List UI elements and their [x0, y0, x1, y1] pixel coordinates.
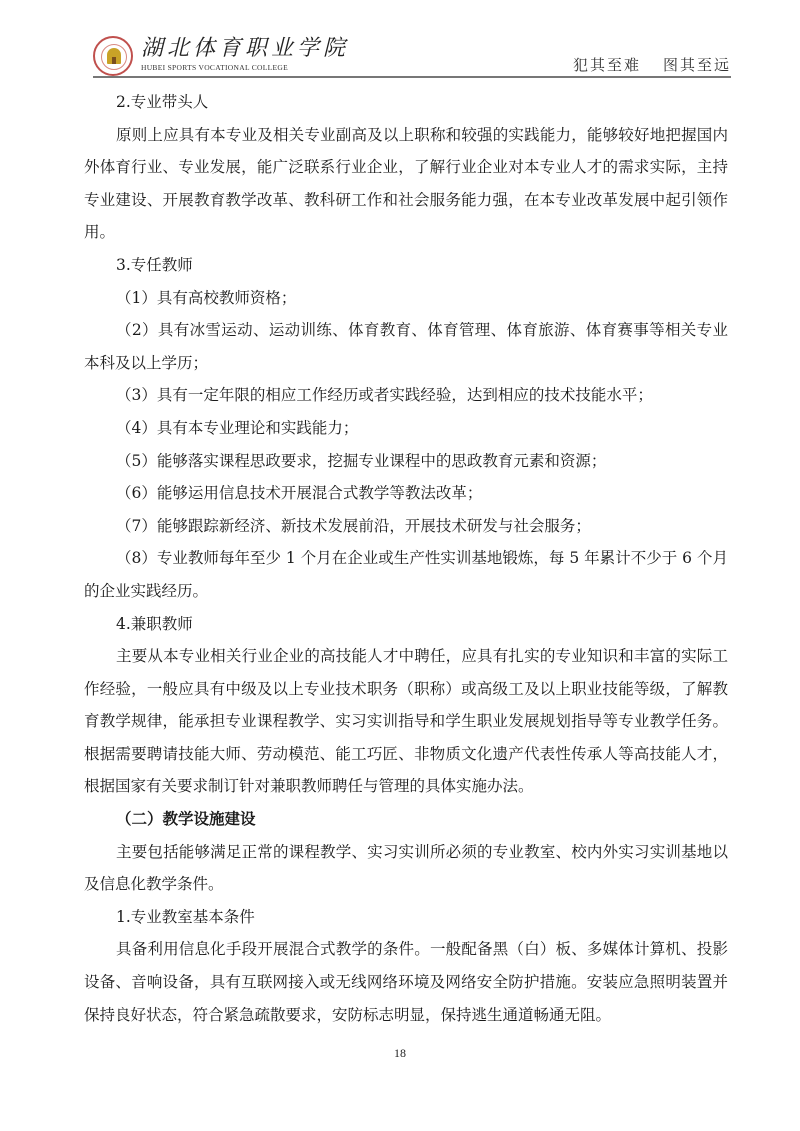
school-name-en: HUBEI SPORTS VOCATIONAL COLLEGE	[141, 63, 288, 72]
motto: 犯其至难图其至远	[573, 54, 731, 75]
paragraph-facilities: 主要包括能够满足正常的课程教学、实习实训所必须的专业教室、校内外实习实训基地以及…	[84, 836, 728, 901]
list-item-3: （3）具有一定年限的相应工作经历或者实践经验，达到相应的技术技能水平；	[84, 379, 728, 412]
list-item-7: （7）能够跟踪新经济、新技术发展前沿，开展技术研发与社会服务；	[84, 510, 728, 543]
paragraph-classroom-conditions: 具备利用信息化手段开展混合式教学的条件。一般配备黑（白）板、多媒体计算机、投影设…	[84, 933, 728, 1031]
paragraph-program-leader: 原则上应具有本专业及相关专业副高及以上职称和较强的实践能力，能够较好地把握国内外…	[84, 119, 728, 249]
list-item-6: （6）能够运用信息技术开展混合式教学等教法改革；	[84, 477, 728, 510]
motto-part-2: 图其至远	[663, 56, 731, 74]
list-item-8: （8）专业教师每年至少 1 个月在企业或生产性实训基地锻炼，每 5 年累计不少于…	[84, 542, 728, 607]
page-header: 湖北体育职业学院 HUBEI SPORTS VOCATIONAL COLLEGE…	[93, 36, 731, 76]
header-divider	[93, 76, 731, 78]
college-emblem-icon	[93, 36, 133, 76]
heading-parttime-teachers: 4.兼职教师	[84, 608, 728, 641]
page-number: 18	[0, 1046, 800, 1061]
list-item-4: （4）具有本专业理论和实践能力；	[84, 412, 728, 445]
paragraph-parttime-teachers: 主要从本专业相关行业企业的高技能人才中聘任，应具有扎实的专业知识和丰富的实际工作…	[84, 640, 728, 803]
list-item-1: （1）具有高校教师资格；	[84, 282, 728, 315]
heading-program-leader: 2.专业带头人	[84, 86, 728, 119]
section-heading-facilities: （二）教学设施建设	[84, 803, 728, 836]
heading-classroom-conditions: 1.专业教室基本条件	[84, 901, 728, 934]
school-name-cn: 湖北体育职业学院	[141, 36, 349, 62]
motto-part-1: 犯其至难	[573, 56, 641, 74]
list-item-2: （2）具有冰雪运动、运动训练、体育教育、体育管理、体育旅游、体育赛事等相关专业本…	[84, 314, 728, 379]
emblem-door	[112, 57, 116, 64]
document-body: 2.专业带头人 原则上应具有本专业及相关专业副高及以上职称和较强的实践能力，能够…	[84, 86, 728, 1031]
list-item-5: （5）能够落实课程思政要求，挖掘专业课程中的思政教育元素和资源；	[84, 445, 728, 478]
heading-fulltime-teachers: 3.专任教师	[84, 249, 728, 282]
